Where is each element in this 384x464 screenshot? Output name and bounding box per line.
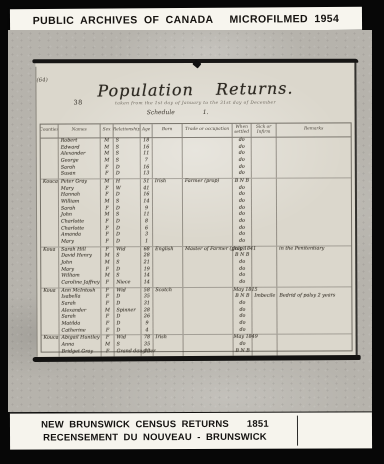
cell-name: Catherine — [60, 328, 102, 335]
subtitle-scrawl: taken from the 1st day of January to the… — [36, 100, 356, 106]
caption-english-label: NEW BRUNSWICK CENSUS RETURNS — [41, 419, 229, 431]
cell-settled: do — [233, 171, 252, 178]
caption-divider-line — [297, 416, 298, 446]
archives-banner: PUBLIC ARCHIVES OF CANADA MICROFILMED 19… — [10, 7, 362, 32]
cell-age: 13 — [141, 172, 153, 179]
cell-sex: F — [101, 239, 114, 246]
cell-settled: do — [233, 280, 252, 287]
column-header-county: Counties — [41, 125, 59, 138]
caption-text-block: NEW BRUNSWICK CENSUS RETURNS 1851 RECENS… — [10, 413, 300, 450]
column-header-settled: When settled — [233, 124, 252, 137]
column-header-name: Names — [59, 124, 101, 137]
cell-remarks — [277, 238, 351, 245]
cell-rel: D — [114, 172, 141, 179]
cell-rel: Niece — [114, 280, 141, 287]
column-header-sex: Sex — [101, 124, 114, 137]
column-header-remarks: Remarks — [277, 123, 351, 136]
cell-name: Susan — [59, 172, 101, 179]
cell-rel: D — [115, 328, 142, 335]
cell-sex: F — [102, 328, 115, 335]
archives-banner-label: PUBLIC ARCHIVES OF CANADA — [33, 13, 214, 26]
cell-born — [153, 280, 183, 287]
cell-trade — [184, 328, 234, 335]
cell-trade — [183, 239, 233, 246]
caption-line-french: RECENSEMENT DU NOUVEAU - BRUNSWICK — [43, 432, 267, 444]
column-header-age: Age — [141, 124, 153, 137]
column-header-rel: Relationship — [114, 124, 141, 137]
cell-trade — [183, 171, 233, 178]
table-body: Robert M S 18 do Edward M S 16 do Alexan… — [41, 137, 352, 356]
cell-age: 4 — [142, 328, 154, 335]
schedule-number: 1. — [203, 109, 209, 116]
cell-settled: do — [233, 239, 252, 246]
microfilmed-year-label: MICROFILMED 1954 — [229, 12, 339, 25]
schedule-line: Schedule 1. — [18, 108, 338, 116]
cell-remarks — [278, 327, 352, 334]
caption-year-label: 1851 — [247, 419, 269, 430]
cell-born — [153, 239, 183, 246]
census-sheet: (64) 38 Population Returns. taken from t… — [35, 61, 356, 358]
cell-county — [41, 172, 59, 179]
cell-rel: D — [114, 239, 141, 246]
cell-county — [41, 240, 59, 247]
cell-rel: Grand daughter — [115, 349, 142, 356]
census-table: CountiesNamesSexRelationshipAgeBornTrade… — [40, 122, 353, 352]
cell-born — [153, 171, 183, 178]
cell-name: Bridget Gray — [60, 349, 102, 356]
table-row: Mary F D 1 do — [41, 238, 351, 246]
cell-county — [42, 349, 60, 356]
cell-name: Mary — [59, 239, 101, 246]
cell-age: 14 — [141, 280, 153, 287]
cell-age: 15 — [142, 349, 154, 356]
page-title: Population Returns. — [35, 78, 355, 102]
table-row: Susan F D 13 do — [41, 171, 351, 179]
cell-born — [154, 328, 184, 335]
cell-infirm — [252, 280, 277, 287]
cell-settled: B N B — [234, 349, 253, 356]
cell-remarks — [277, 171, 351, 178]
column-header-trade: Trade or occupation — [183, 124, 233, 137]
cell-sex: F — [101, 172, 114, 179]
cell-trade — [183, 280, 233, 287]
table-row: Bridget Gray F Grand daughter 15 B N B — [42, 348, 352, 356]
cell-infirm — [252, 171, 277, 178]
cell-sex: F — [101, 280, 114, 287]
cell-county — [42, 328, 60, 335]
table-row: Catherine F D 4 do — [42, 327, 352, 335]
cell-infirm — [253, 348, 278, 355]
cell-settled: do — [234, 328, 253, 335]
caption-banner: NEW BRUNSWICK CENSUS RETURNS 1851 RECENS… — [10, 411, 372, 449]
cell-trade — [184, 349, 234, 356]
cell-county — [41, 281, 59, 288]
microfilm-frame: PUBLIC ARCHIVES OF CANADA MICROFILMED 19… — [0, 0, 384, 464]
cell-infirm — [252, 239, 277, 246]
column-header-born: Born — [153, 124, 183, 137]
cell-born — [154, 349, 184, 356]
cell-remarks — [277, 279, 351, 286]
table-row: Caroline Jaffrey F Niece 14 do — [41, 279, 351, 287]
cell-name: Caroline Jaffrey — [59, 281, 101, 288]
schedule-label: Schedule — [147, 109, 175, 116]
column-header-infirm: Sick or Infirm — [252, 124, 277, 137]
cell-sex: F — [102, 349, 115, 356]
cell-age: 1 — [141, 239, 153, 246]
cell-infirm — [253, 327, 278, 334]
cell-remarks — [278, 348, 352, 355]
table-header-row: CountiesNamesSexRelationshipAgeBornTrade… — [41, 123, 351, 138]
caption-line-english: NEW BRUNSWICK CENSUS RETURNS 1851 — [41, 419, 269, 431]
